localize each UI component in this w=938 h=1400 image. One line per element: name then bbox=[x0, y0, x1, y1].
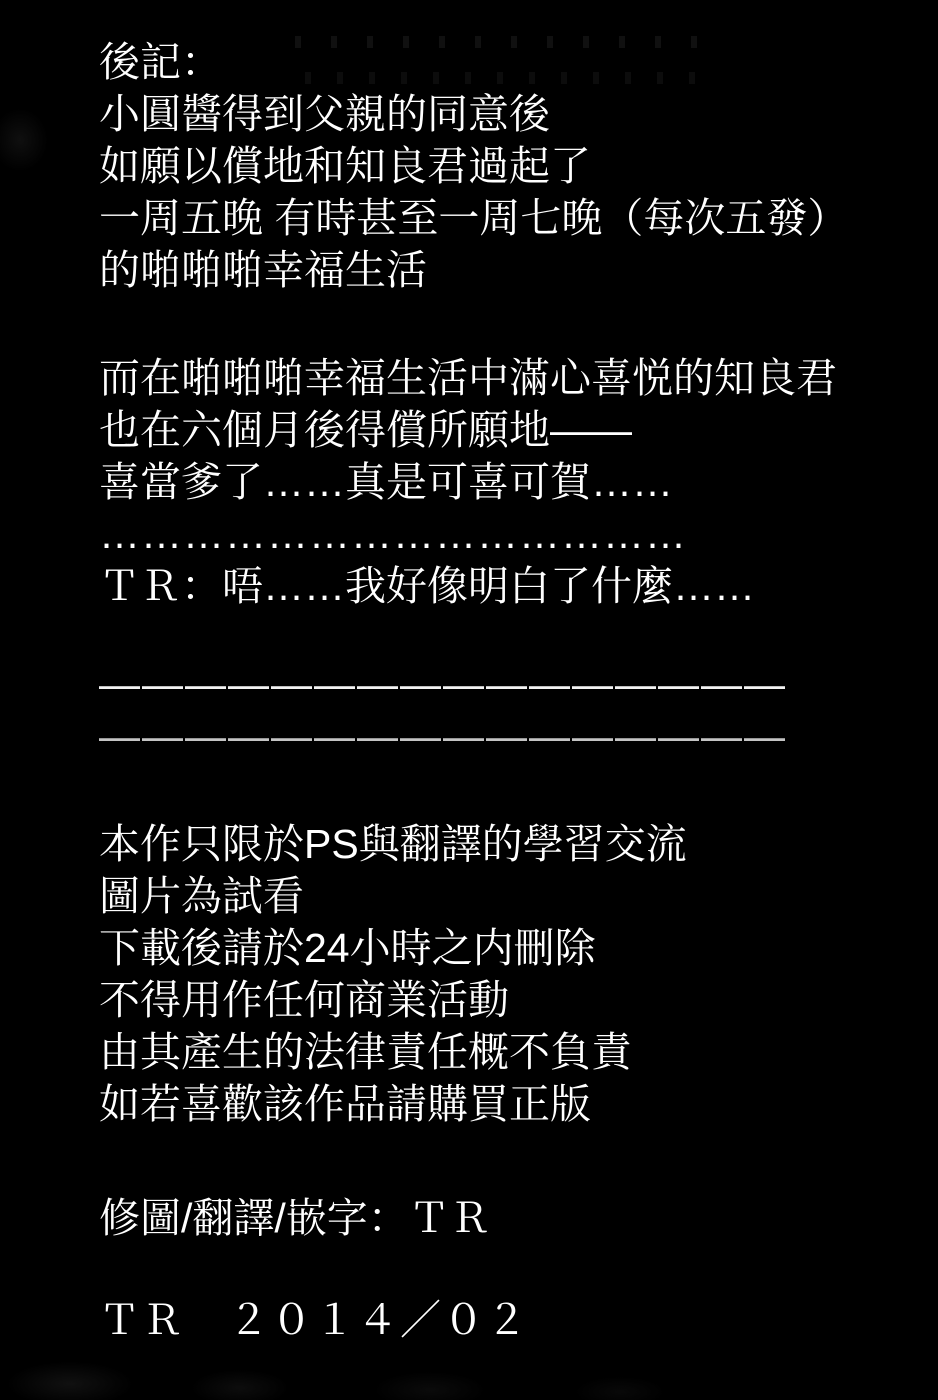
signature-block: ＴＲ ２０１４／０２ bbox=[99, 1294, 848, 1346]
afterword-heading: 後記： bbox=[99, 36, 848, 88]
divider-dash-line: ———————————————— bbox=[99, 658, 848, 710]
ellipsis-line: …………………………………… bbox=[99, 508, 848, 560]
intro-line: 一周五晚 有時甚至一周七晚（每次五發） bbox=[99, 192, 848, 244]
staff-credit-line: 修圖/翻譯/嵌字：ＴＲ bbox=[99, 1192, 848, 1244]
translator-comment-line: ＴＲ：唔……我好像明白了什麼…… bbox=[99, 560, 848, 612]
disclaimer-block: 本作只限於PS與翻譯的學習交流 圖片為試看 下載後請於24小時之内刪除 不得用作… bbox=[99, 818, 848, 1130]
intro-line: 如願以償地和知良君過起了 bbox=[99, 140, 848, 192]
signature-date-line: ＴＲ ２０１４／０２ bbox=[99, 1294, 848, 1346]
ghost-text-artifact-left bbox=[0, 95, 62, 185]
divider-dash-line: ———————————————— bbox=[99, 710, 848, 762]
story-block: 而在啪啪啪幸福生活中滿心喜悦的知良君 也在六個月後得償所願地—— 喜當爹了……真… bbox=[99, 352, 848, 612]
story-line: 喜當爹了……真是可喜可賀…… bbox=[99, 456, 848, 508]
disclaimer-line: 由其產生的法律責任概不負責 bbox=[99, 1026, 848, 1078]
intro-line: 小圓醬得到父親的同意後 bbox=[99, 88, 848, 140]
disclaimer-line: 不得用作任何商業活動 bbox=[99, 974, 848, 1026]
afterword-text: 後記： 小圓醬得到父親的同意後 如願以償地和知良君過起了 一周五晚 有時甚至一周… bbox=[99, 36, 848, 1346]
disclaimer-line: 下載後請於24小時之内刪除 bbox=[99, 922, 848, 974]
disclaimer-line: 圖片為試看 bbox=[99, 870, 848, 922]
intro-block: 後記： 小圓醬得到父親的同意後 如願以償地和知良君過起了 一周五晚 有時甚至一周… bbox=[99, 36, 848, 296]
intro-line: 的啪啪啪幸福生活 bbox=[99, 244, 848, 296]
story-line: 也在六個月後得償所願地—— bbox=[99, 404, 848, 456]
disclaimer-line: 本作只限於PS與翻譯的學習交流 bbox=[99, 818, 848, 870]
afterword-page: 後記： 小圓醬得到父親的同意後 如願以償地和知良君過起了 一周五晚 有時甚至一周… bbox=[0, 0, 938, 1400]
story-line: 而在啪啪啪幸福生活中滿心喜悦的知良君 bbox=[99, 352, 848, 404]
divider-block: ———————————————— ———————————————— bbox=[99, 658, 848, 762]
disclaimer-line: 如若喜歡該作品請購買正版 bbox=[99, 1078, 848, 1130]
credits-block: 修圖/翻譯/嵌字：ＴＲ bbox=[99, 1192, 848, 1244]
